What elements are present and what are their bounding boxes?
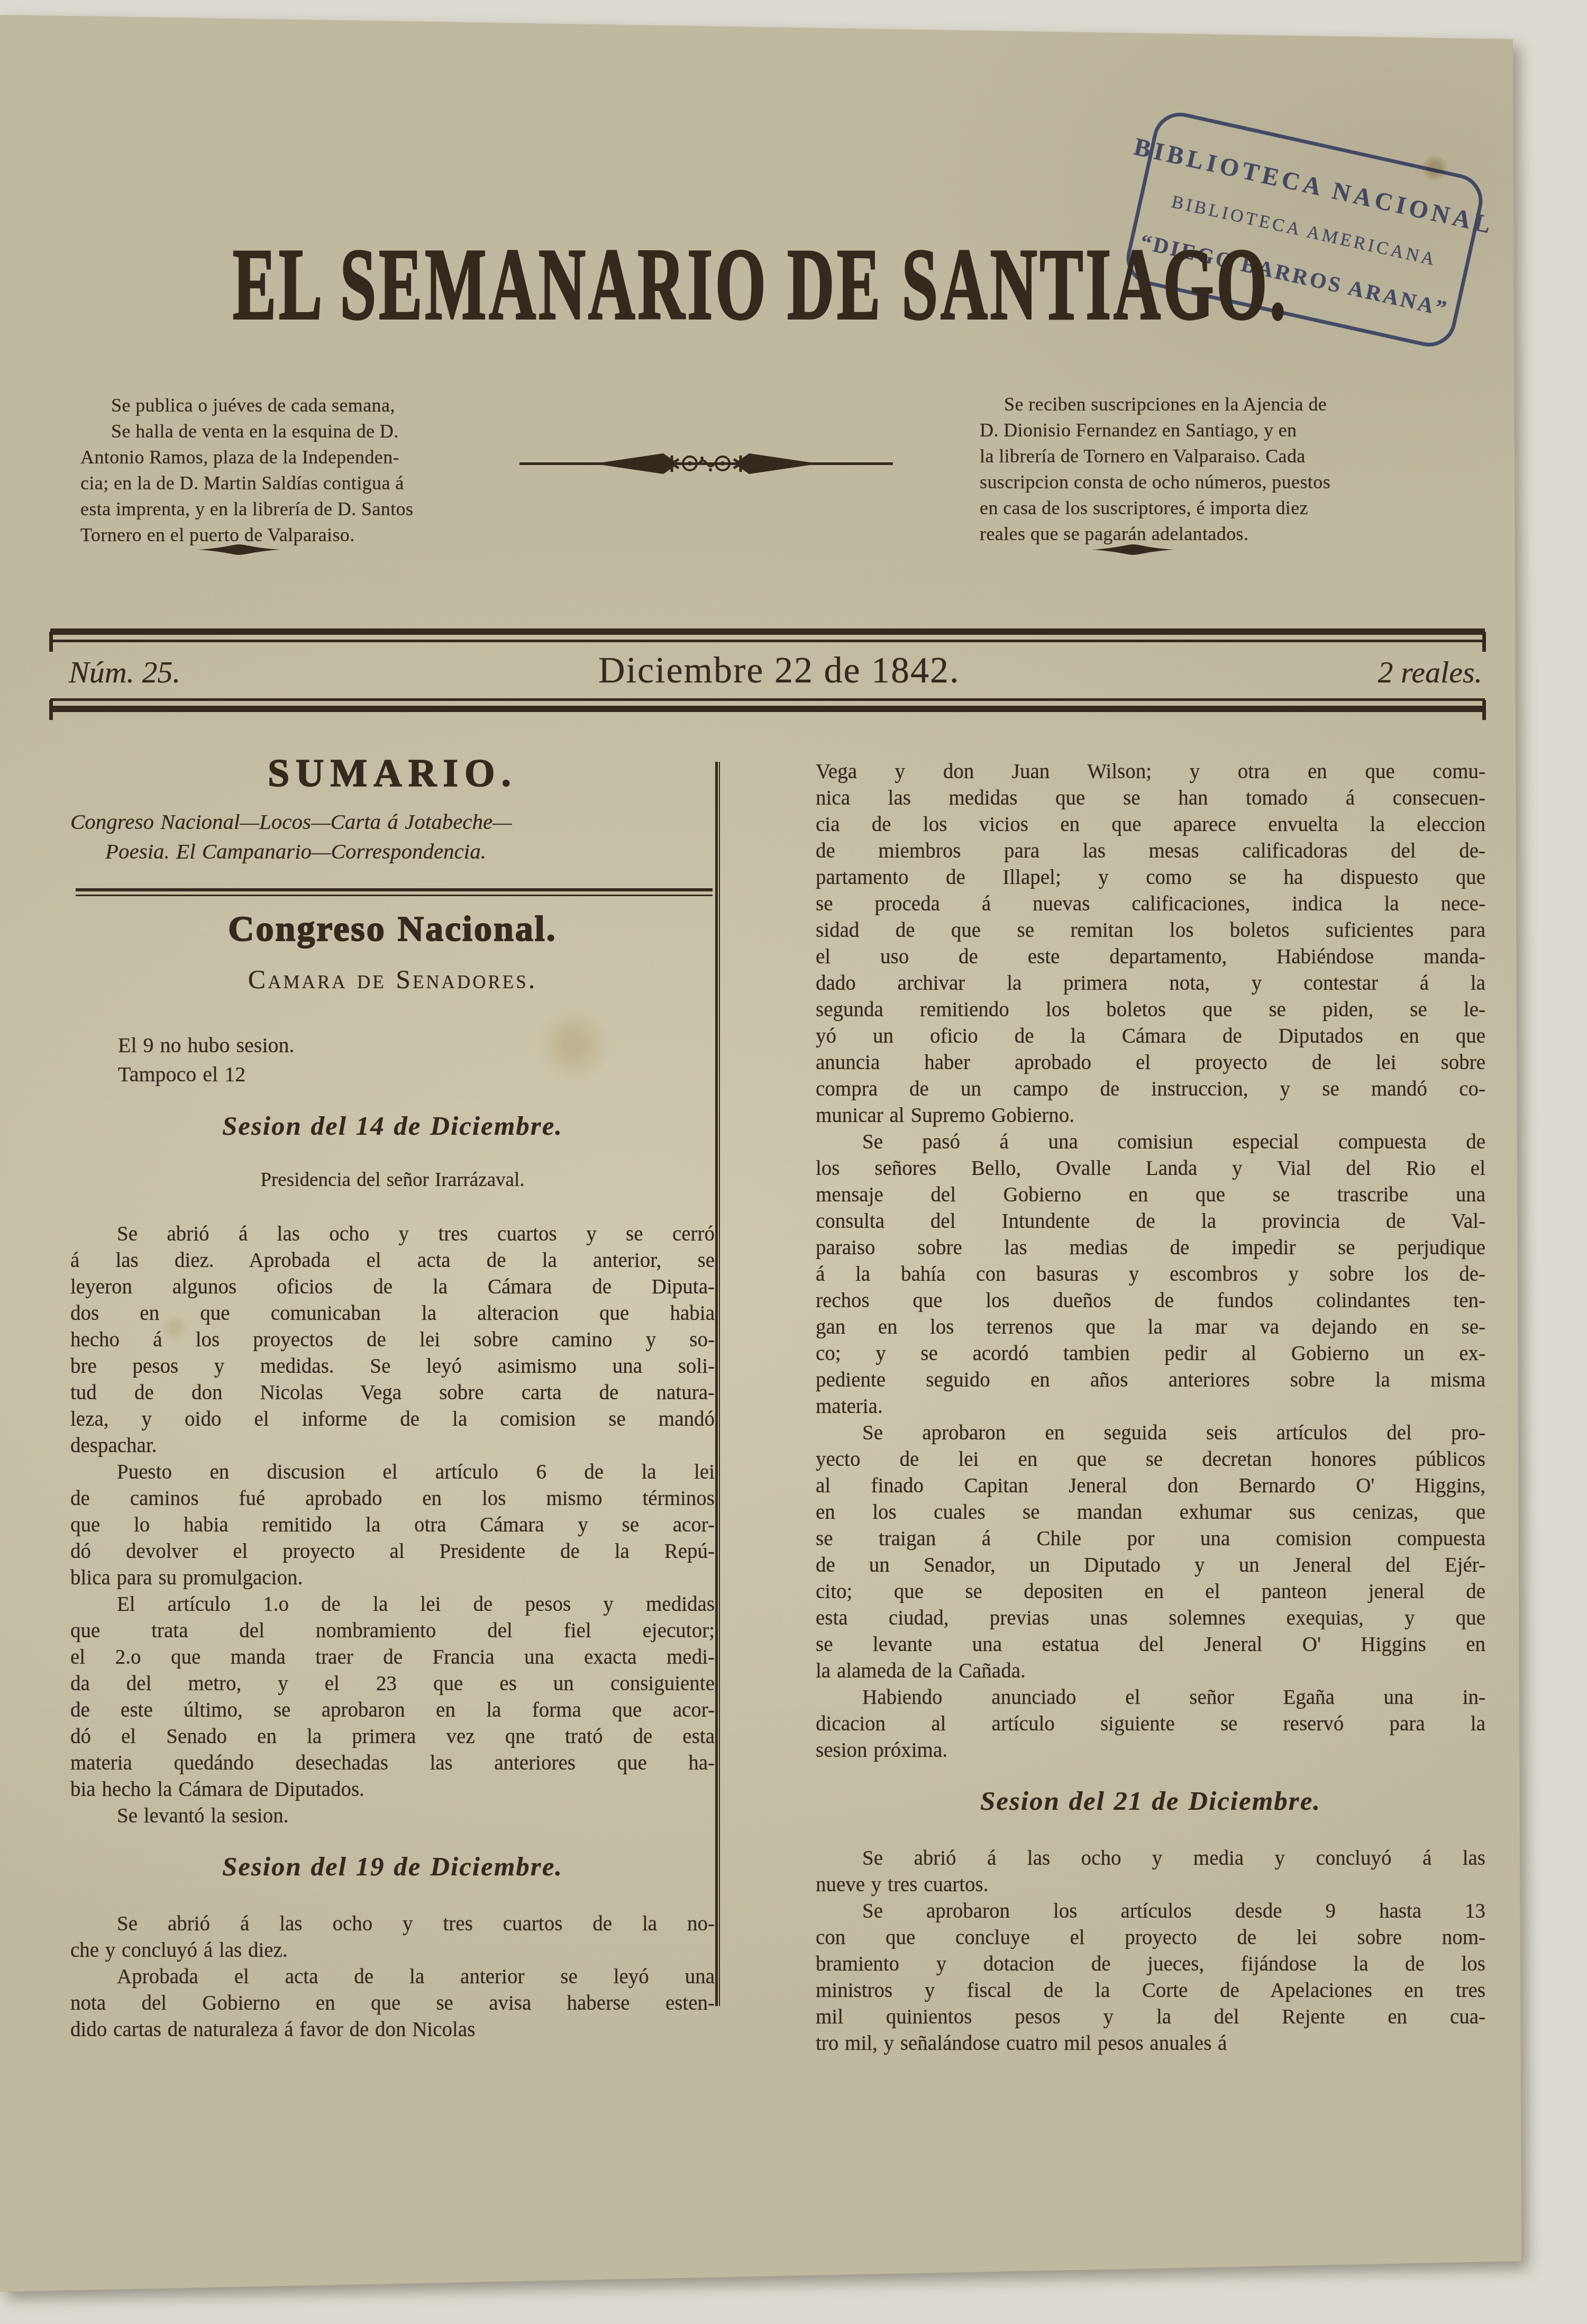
text-line: segunda remitiendo los boletos que se pi…	[816, 997, 1485, 1023]
paragraph: Se aprobaron los artículos desde 9 hasta…	[816, 1898, 1485, 2057]
printer-flourish-divider-icon	[519, 449, 893, 480]
text-line: dos en que comunicaban la alteracion que…	[70, 1300, 715, 1327]
text-line: materia quedándo desechadas las anterior…	[70, 1750, 715, 1776]
text-line: blica para su promulgacion.	[70, 1565, 715, 1591]
text-line: cia de los vicios en que aparece envuelt…	[816, 812, 1485, 838]
paragraph: Habiendo anunciado el señor Egaña una in…	[816, 1684, 1485, 1764]
text-line: mensaje del Gobierno en que se trascribe…	[816, 1182, 1485, 1208]
text-line: se proceda á nuevas calificaciones, indi…	[816, 891, 1485, 917]
text-line: el 2.o que manda traer de Francia una ex…	[70, 1644, 715, 1671]
text-line: cia; en la de D. Martin Saldías contigua…	[80, 470, 557, 496]
text-line: Se abrió á las ocho y tres cuartos y se …	[70, 1221, 715, 1247]
newspaper-title-text: EL SEMANARIO DE SANTIAGO.	[233, 226, 1289, 343]
text-line: reales que se pagarán adelantados.	[980, 521, 1482, 547]
subscription-notice-right: Se reciben suscripciones en la Ajencia d…	[980, 391, 1482, 547]
text-line: bre pesos y medidas. Se leyó asimismo un…	[70, 1353, 715, 1380]
paragraph: Se abrió á las ocho y tres cuartos y se …	[70, 1221, 715, 1459]
text-line: al finado Capitan Jeneral don Bernardo O…	[816, 1473, 1485, 1499]
text-line: hecho á los proyectos de lei sobre camin…	[70, 1327, 715, 1353]
text-line: Congreso Nacional—Locos—Carta á Jotabech…	[70, 807, 715, 836]
text-line: Tampoco el 12	[118, 1060, 715, 1089]
text-line: Vega y don Juan Wilson; y otra en que co…	[816, 759, 1485, 785]
session-notes: El 9 no hubo sesion.Tampoco el 12	[70, 1031, 715, 1089]
newspaper-page: BIBLIOTECA NACIONAL BIBLIOTECA AMERICANA…	[0, 0, 1587, 2324]
issue-date: Diciembre 22 de 1842.	[180, 650, 1378, 692]
text-line: Poesia. El Campanario—Correspondencia.	[70, 836, 715, 866]
paragraph: Se aprobaron en seguida seis artículos d…	[816, 1420, 1485, 1684]
scan-shadow: BIBLIOTECA NACIONAL BIBLIOTECA AMERICANA…	[0, 0, 1587, 2324]
right-column: Vega y don Juan Wilson; y otra en que co…	[816, 759, 1485, 2057]
text-line: da del metro, y el 23 que es un consigui…	[70, 1671, 715, 1697]
text-line: compra de un campo de instruccion, y se …	[816, 1076, 1485, 1102]
text-line: que trata del nombramiento del fiel ejec…	[70, 1618, 715, 1644]
text-line: los señores Bello, Ovalle Landa y Vial d…	[816, 1155, 1485, 1182]
text-line: D. Dionisio Fernandez en Santiago, y en	[980, 417, 1482, 443]
sumario-heading: SUMARIO.	[70, 760, 715, 787]
text-line: Habiendo anunciado el señor Egaña una in…	[816, 1684, 1485, 1711]
text-line: sidad de que se remitan los boletos sufi…	[816, 917, 1485, 944]
publication-notice-left: Se publica o juéves de cada semana,Se ha…	[80, 393, 557, 548]
text-line: gan en los terrenos que la mar va dejand…	[816, 1314, 1485, 1341]
paragraph: El artículo 1.o de la lei de pesos y med…	[70, 1591, 715, 1803]
text-line: Se aprobaron los artículos desde 9 hasta…	[816, 1898, 1485, 1925]
newspaper-title: EL SEMANARIO DE SANTIAGO.	[0, 239, 1521, 330]
text-line: esta imprenta, y en la librería de D. Sa…	[80, 496, 557, 522]
paragraph: Se abrió á las ocho y tres cuartos de la…	[70, 1911, 715, 1964]
text-line: leyeron algunos oficios de la Cámara de …	[70, 1274, 715, 1300]
text-line: anuncia haber aprobado el proyecto de le…	[816, 1050, 1485, 1076]
text-line: que lo habia remitido la otra Cámara y s…	[70, 1512, 715, 1538]
text-line: el uso de este departamento, Habiéndose …	[816, 944, 1485, 970]
text-line: El artículo 1.o de la lei de pesos y med…	[70, 1591, 715, 1618]
text-line: nueve y tres cuartos.	[816, 1872, 1485, 1898]
text-line: yó un oficio de la Cámara de Diputados e…	[816, 1023, 1485, 1050]
text-line: Aprobada el acta de la anterior se leyó …	[70, 1964, 715, 1990]
dateline: Núm. 25. Diciembre 22 de 1842. 2 reales.	[69, 650, 1482, 700]
paragraph: Se abrió á las ocho y media y concluyó á…	[816, 1845, 1485, 1898]
text-line: rechos que los dueños de fundos colindan…	[816, 1288, 1485, 1314]
text-line: sesion próxima.	[816, 1737, 1485, 1764]
issue-price: 2 reales.	[1378, 654, 1482, 690]
section-heading-congreso-nacional: Congreso Nacional.	[70, 915, 715, 942]
text-line: en los cuales se mandan exhumar sus ceni…	[816, 1499, 1485, 1526]
text-line: se traigan á Chile por una comision comp…	[816, 1526, 1485, 1552]
text-line: esta ciudad, previas unas solemnes exequ…	[816, 1605, 1485, 1632]
text-line: Se abrió á las ocho y media y concluyó á…	[816, 1845, 1485, 1872]
swelled-rule-icon	[1091, 543, 1175, 557]
text-line: Se halla de venta en la esquina de D.	[80, 418, 557, 444]
session-heading-14-diciembre: Sesion del 14 de Diciembre.	[70, 1113, 715, 1140]
text-line: co; y se acordó tambien pedir al Gobiern…	[816, 1341, 1485, 1367]
text-line: la librería de Tornero en Valparaiso. Ca…	[980, 443, 1482, 469]
text-line: dado archivar la primera nota, y contest…	[816, 970, 1485, 997]
text-line: El 9 no hubo sesion.	[118, 1031, 715, 1060]
text-line: dido cartas de naturaleza á favor de don…	[70, 2017, 715, 2043]
text-line: bia hecho la Cámara de Diputados.	[70, 1776, 715, 1803]
text-line: pediente seguido en años anteriores sobr…	[816, 1367, 1485, 1393]
text-line: dó el Senado en la primera vez qne trató…	[70, 1724, 715, 1750]
text-line: de este último, se aprobaron en la forma…	[70, 1697, 715, 1724]
text-line: dó devolver el proyecto al Presidente de…	[70, 1538, 715, 1565]
text-line: tro mil, y señalándose cuatro mil pesos …	[816, 2030, 1485, 2057]
text-line: de un Senador, un Diputado y un Jeneral …	[816, 1552, 1485, 1579]
subsection-heading-camara-de-senadores: Camara de Senadores.	[70, 966, 715, 992]
text-line: Se levantó la sesion.	[70, 1803, 715, 1829]
text-line: suscripcion consta de ocho números, pues…	[980, 469, 1482, 495]
dateline-top-rule	[50, 628, 1485, 642]
text-line: consulta del Intundente de la provincia …	[816, 1208, 1485, 1235]
text-line: tud de don Nicolas Vega sobre carta de n…	[70, 1380, 715, 1406]
text-line: á la bahía con basuras y escombros y sob…	[816, 1261, 1485, 1288]
text-line: Se reciben suscripciones en la Ajencia d…	[980, 391, 1482, 417]
text-line: Se aprobaron en seguida seis artículos d…	[816, 1420, 1485, 1446]
paragraph: Se levantó la sesion.	[70, 1803, 715, 1829]
text-line: Se abrió á las ocho y tres cuartos de la…	[70, 1911, 715, 1937]
text-line: che y concluyó á las diez.	[70, 1937, 715, 1964]
text-line: cito; que se depositen en el panteon jen…	[816, 1579, 1485, 1605]
text-line: se levante una estatua del Jeneral O' Hi…	[816, 1632, 1485, 1658]
text-line: yecto de lei en que se decretan honores …	[816, 1446, 1485, 1473]
swelled-rule-icon	[197, 543, 281, 557]
issue-number: Núm. 25.	[69, 654, 180, 690]
paragraph: Puesto en discusion el artículo 6 de la …	[70, 1459, 715, 1591]
paragraph: Vega y don Juan Wilson; y otra en que co…	[816, 759, 1485, 1129]
paragraph: Se pasó á una comisiun especial compuest…	[816, 1129, 1485, 1420]
text-line: materia.	[816, 1393, 1485, 1420]
text-line: ministros y fiscal de la Corte de Apelac…	[816, 1977, 1485, 2004]
text-line: leza, y oido el informe de la comision s…	[70, 1406, 715, 1433]
text-line: la alameda de la Cañada.	[816, 1658, 1485, 1684]
sumario-contents: Congreso Nacional—Locos—Carta á Jotabech…	[70, 807, 715, 866]
text-line: Se pasó á una comisiun especial compuest…	[816, 1129, 1485, 1155]
text-line: nota del Gobierno en que se avisa habers…	[70, 1990, 715, 2017]
text-line: despachar.	[70, 1433, 715, 1459]
text-line: en casa de los suscriptores, é importa d…	[980, 495, 1482, 521]
left-column: SUMARIO. Congreso Nacional—Locos—Carta á…	[70, 760, 715, 2043]
section-divider-rule	[76, 888, 713, 896]
text-line: partamento de Illapel; y como se ha disp…	[816, 864, 1485, 891]
session-heading-21-diciembre: Sesion del 21 de Diciembre.	[816, 1788, 1485, 1815]
text-line: Antonio Ramos, plaza de la Independen-	[80, 444, 557, 470]
dateline-bottom-rule	[50, 698, 1485, 712]
text-line: Tornero en el puerto de Valparaiso.	[80, 522, 557, 548]
text-line: paraiso sobre las medias de impedir se p…	[816, 1235, 1485, 1261]
text-line: nica las medidas que se han tomado á con…	[816, 785, 1485, 812]
paragraph: Aprobada el acta de la anterior se leyó …	[70, 1964, 715, 2043]
text-line: municar al Supremo Gobierno.	[816, 1102, 1485, 1129]
presidency-note: Presidencia del señor Irarrázaval.	[70, 1167, 715, 1193]
text-line: de miembros para las mesas calificadoras…	[816, 838, 1485, 864]
text-line: bramiento y dotacion de jueces, fijándos…	[816, 1951, 1485, 1977]
text-line: de caminos fué aprobado en los mismo tér…	[70, 1485, 715, 1512]
text-line: á las diez. Aprobada el acta de la anter…	[70, 1247, 715, 1274]
session-heading-19-diciembre: Sesion del 19 de Diciembre.	[70, 1854, 715, 1880]
column-divider-rule	[715, 762, 720, 2006]
text-line: mil quinientos pesos y la del Rejente en…	[816, 2004, 1485, 2030]
text-line: Se publica o juéves de cada semana,	[80, 393, 557, 418]
text-line: Puesto en discusion el artículo 6 de la …	[70, 1459, 715, 1485]
text-line: con que concluye el proyecto de lei sobr…	[816, 1925, 1485, 1951]
text-line: dicacion al artículo siguiente se reserv…	[816, 1711, 1485, 1737]
